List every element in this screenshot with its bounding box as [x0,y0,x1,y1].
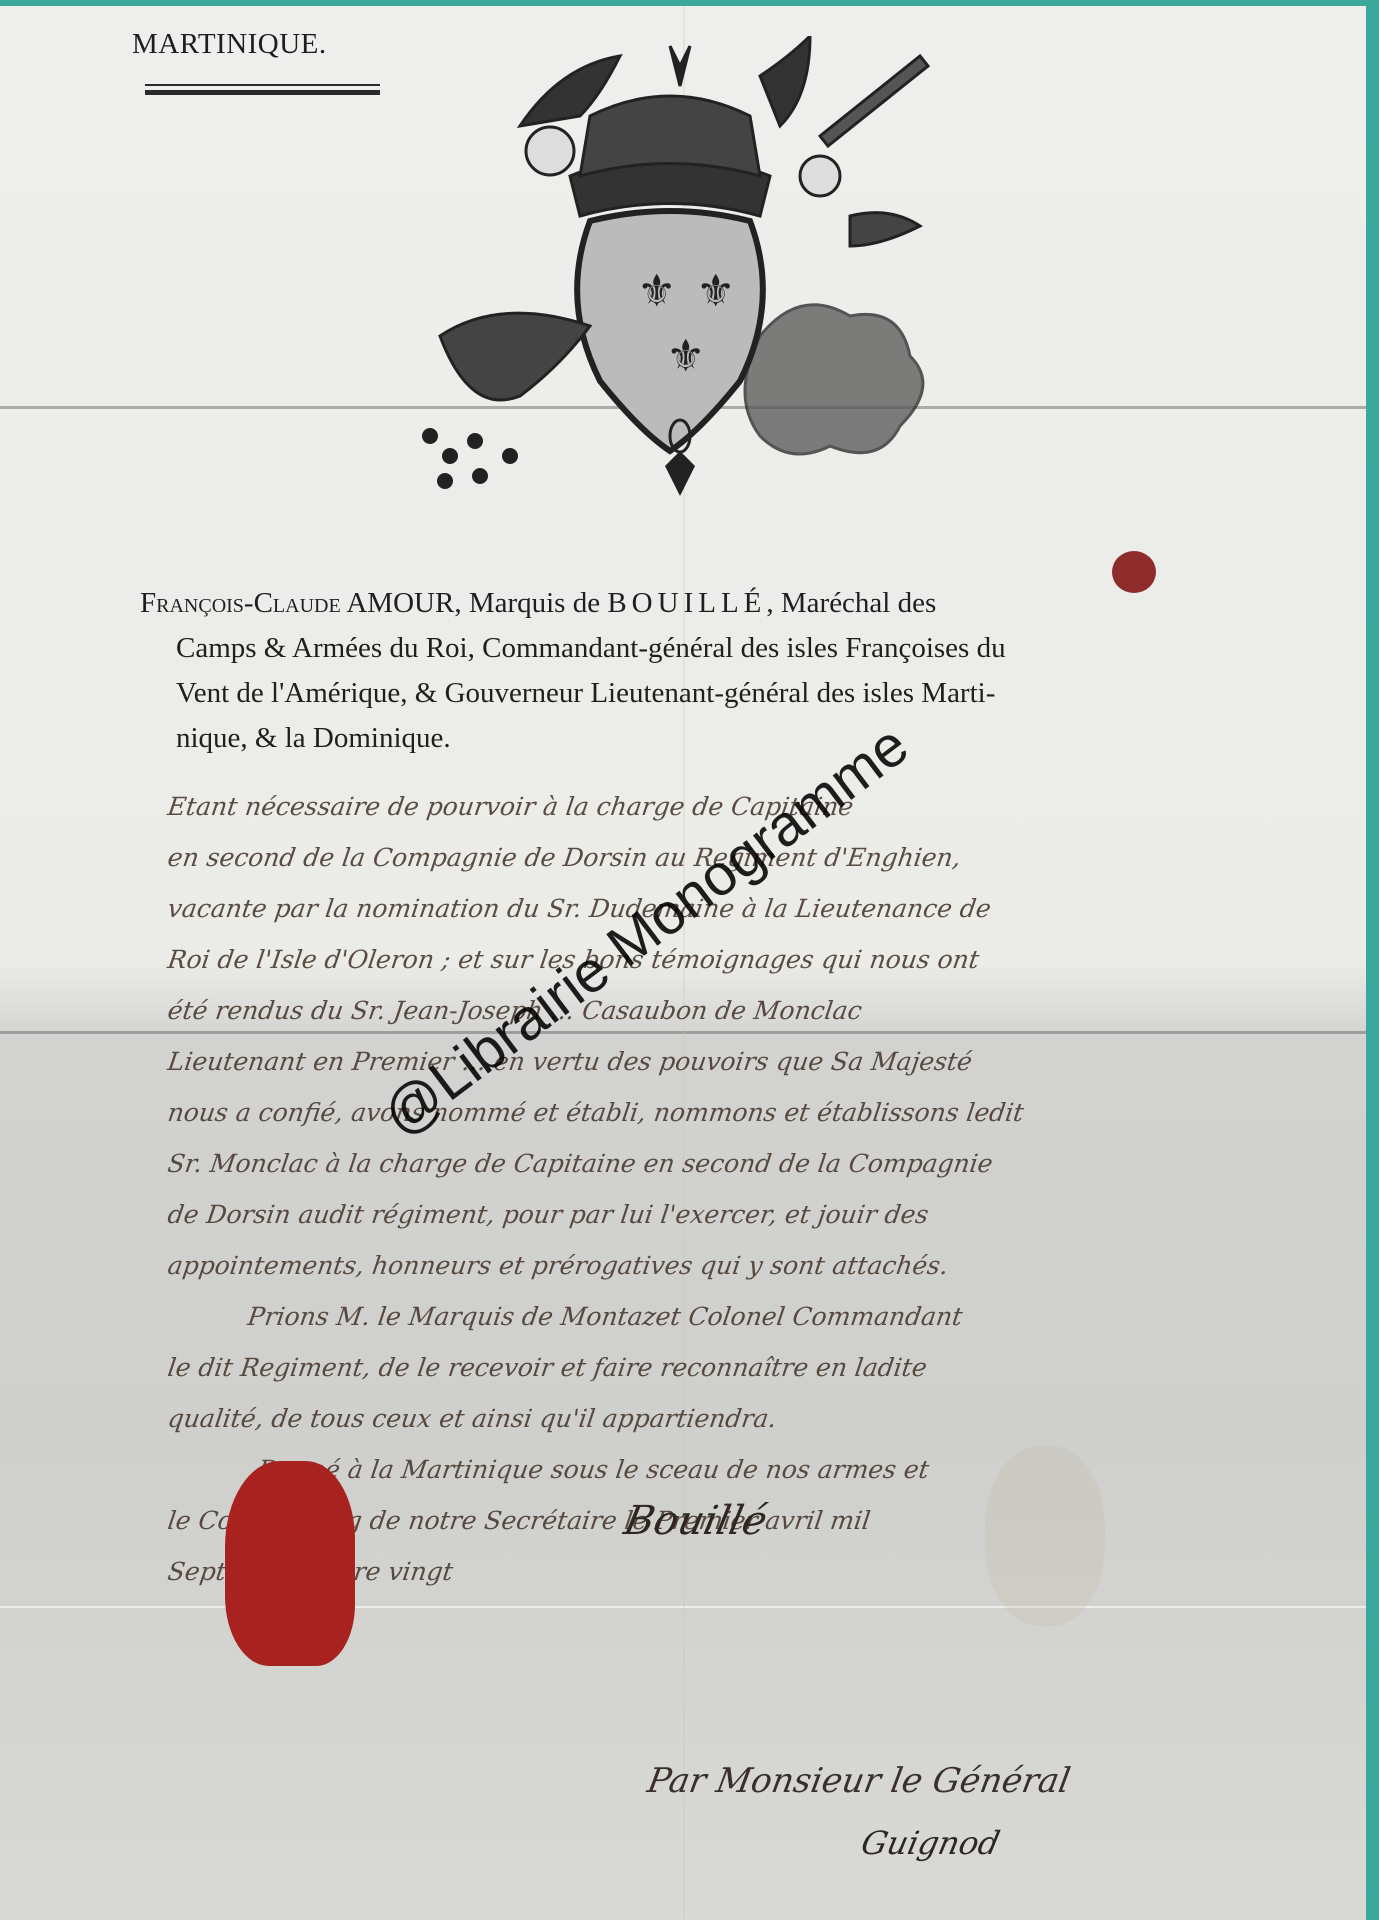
wax-seal-large [225,1461,355,1666]
header-title: MARTINIQUE. [132,28,327,61]
manuscript-line: Prions M. le Marquis de Montazet Colonel… [164,1291,1351,1342]
signature-guignod: Guignod [858,1824,1003,1862]
manuscript-line: Lieutenant en Premier ... en vertu des p… [164,1036,1351,1087]
manuscript-line: le dit Regiment, de le recevoir et faire… [164,1342,1351,1393]
manuscript-line: Roi de l'Isle d'Oleron ; et sur les bons… [164,934,1351,985]
header-rule [145,84,380,86]
heading-line-2: Camps & Armées du Roi, Commandant-généra… [140,626,1180,671]
heading-line-4: nique, & la Dominique. [140,716,1180,761]
svg-text:⚜: ⚜ [637,266,676,317]
manuscript-line: été rendus du Sr. Jean-Joseph ... Casaub… [164,985,1351,1036]
document-page: MARTINIQUE. ⚜ ⚜ ⚜ [0,6,1366,1920]
svg-text:⚜: ⚜ [696,266,735,317]
manuscript-body: Etant nécessaire de pourvoir à la charge… [168,781,1348,1597]
printed-heading: François-Claude AMOUR, Marquis de BOUILL… [140,581,1180,761]
signature-bouille: Bouillé [620,1498,771,1544]
manuscript-line: de Dorsin audit régiment, pour par lui l… [164,1189,1351,1240]
manuscript-line: vacante par la nomination du Sr. Dudemai… [164,883,1351,934]
heading-line-3: Vent de l'Amérique, & Gouverneur Lieuten… [140,671,1180,716]
manuscript-line: Sr. Monclac à la charge de Capitaine en … [164,1138,1351,1189]
header-rule [145,90,380,95]
manuscript-line: nous a confié, avons nommé et établi, no… [164,1087,1351,1138]
manuscript-line: qualité, de tous ceux et ainsi qu'il app… [164,1393,1351,1444]
manuscript-line: appointements, honneurs et prérogatives … [164,1240,1351,1291]
countersign-line: Par Monsieur le Général [644,1761,1073,1801]
heading-line-1: François-Claude AMOUR, Marquis de BOUILL… [140,581,1180,626]
svg-text:⚜: ⚜ [666,331,705,382]
seal-ghost-mark [985,1446,1105,1626]
royal-coat-of-arms-icon: ⚜ ⚜ ⚜ [400,36,940,516]
